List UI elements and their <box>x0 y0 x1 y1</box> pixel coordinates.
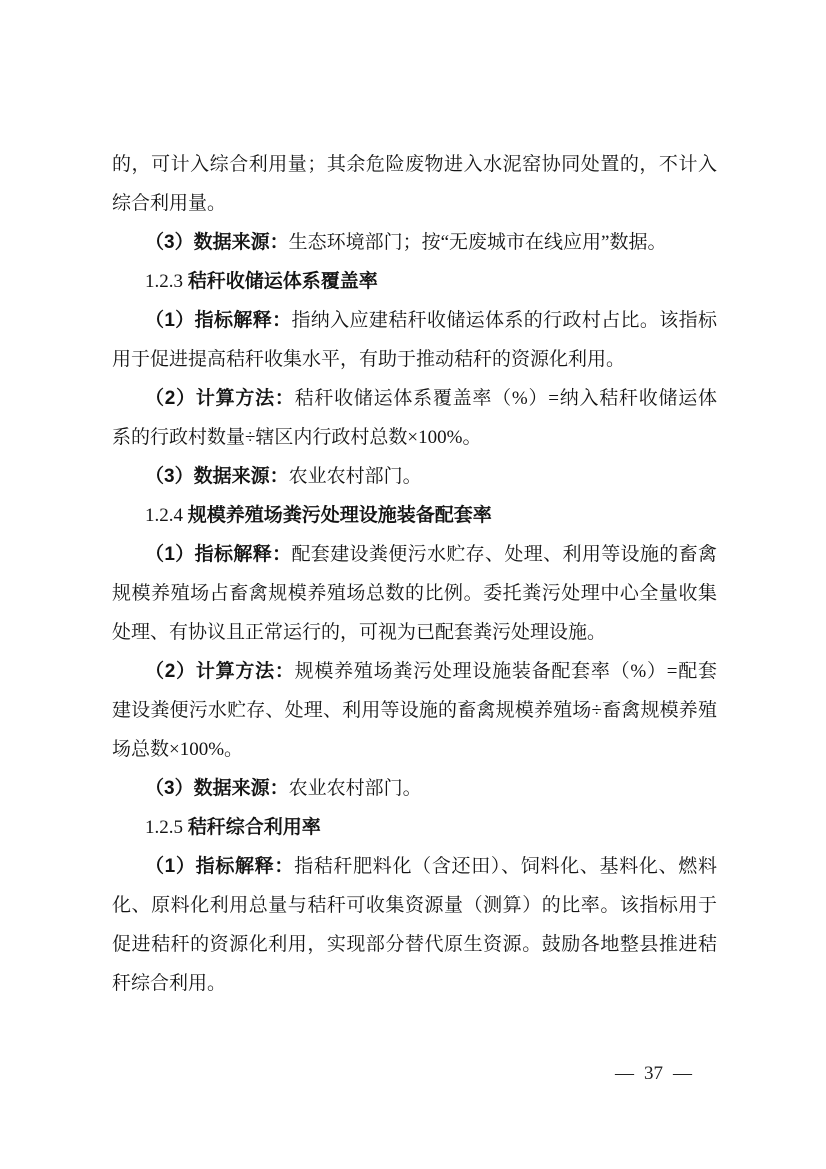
bold-text-run: （2）计算方法： <box>145 661 295 682</box>
text-run: 1.2.5 <box>145 817 188 838</box>
text-line: （3）数据来源：生态环境部门；按“无废城市在线应用”数据。 <box>112 223 717 262</box>
text-run: 农业农村部门。 <box>289 466 422 487</box>
text-run: 秸秆收储运体系覆盖率（%）=纳入秸秆收储运体 <box>295 388 717 409</box>
text-run: 秆综合利用。 <box>112 973 226 994</box>
bold-text-run: 秸秆收储运体系覆盖率 <box>188 271 378 292</box>
heading-line: 1.2.4 规模养殖场粪污处理设施装备配套率 <box>112 496 717 535</box>
bold-text-run: （3）数据来源： <box>145 232 289 253</box>
bold-text-run: （2）计算方法： <box>145 388 295 409</box>
page-number: 37 <box>644 1063 663 1084</box>
text-run: 规模养殖场粪污处理设施装备配套率（%）=配套 <box>295 661 717 682</box>
text-run: 配套建设粪便污水贮存、处理、利用等设施的畜禽 <box>291 544 717 565</box>
text-block: 的，可计入综合利用量；其余危险废物进入水泥窑协同处置的，不计入综合利用量。（3）… <box>112 145 717 1003</box>
text-line: 规模养殖场占畜禽规模养殖场总数的比例。委托粪污处理中心全量收集 <box>112 574 717 613</box>
text-line: 秆综合利用。 <box>112 964 717 1003</box>
bold-text-run: 规模养殖场粪污处理设施装备配套率 <box>188 505 492 526</box>
bold-text-run: （1）指标解释： <box>145 544 291 565</box>
text-line: （1）指标解释：指秸秆肥料化（含还田）、饲料化、基料化、燃料 <box>112 847 717 886</box>
text-run: 建设粪便污水贮存、处理、利用等设施的畜禽规模养殖场÷畜禽规模养殖 <box>112 700 717 721</box>
text-run: 指秸秆肥料化（含还田）、饲料化、基料化、燃料 <box>294 856 717 877</box>
footer-dash-left: — <box>615 1063 634 1084</box>
text-run: 化、原料化利用总量与秸秆可收集资源量（测算）的比率。该指标用于 <box>112 895 717 916</box>
page-footer: —37— <box>615 1061 692 1087</box>
bold-text-run: 秸秆综合利用率 <box>188 817 321 838</box>
text-run: 促进秸秆的资源化利用，实现部分替代原生资源。鼓励各地整县推进秸 <box>112 934 717 955</box>
text-line: 促进秸秆的资源化利用，实现部分替代原生资源。鼓励各地整县推进秸 <box>112 925 717 964</box>
text-run: 处理、有协议且正常运行的，可视为已配套粪污处理设施。 <box>112 622 606 643</box>
bold-text-run: （3）数据来源： <box>145 466 289 487</box>
text-run: 系的行政村数量÷辖区内行政村总数×100%。 <box>112 427 481 448</box>
bold-text-run: （1）指标解释： <box>145 856 294 877</box>
text-line: （2）计算方法：秸秆收储运体系覆盖率（%）=纳入秸秆收储运体 <box>112 379 717 418</box>
text-run: 指纳入应建秸秆收储运体系的行政村占比。该指标 <box>291 310 717 331</box>
text-run: 规模养殖场占畜禽规模养殖场总数的比例。委托粪污处理中心全量收集 <box>112 583 717 604</box>
text-line: 的，可计入综合利用量；其余危险废物进入水泥窑协同处置的，不计入 <box>112 145 717 184</box>
text-line: 综合利用量。 <box>112 184 717 223</box>
text-run: 生态环境部门；按“无废城市在线应用”数据。 <box>289 232 667 253</box>
text-line: 系的行政村数量÷辖区内行政村总数×100%。 <box>112 418 717 457</box>
bold-text-run: （3）数据来源： <box>145 778 289 799</box>
text-line: （1）指标解释：指纳入应建秸秆收储运体系的行政村占比。该指标 <box>112 301 717 340</box>
text-run: 场总数×100%。 <box>112 739 243 760</box>
text-line: （3）数据来源：农业农村部门。 <box>112 769 717 808</box>
text-line: （2）计算方法：规模养殖场粪污处理设施装备配套率（%）=配套 <box>112 652 717 691</box>
text-line: 场总数×100%。 <box>112 730 717 769</box>
text-line: 建设粪便污水贮存、处理、利用等设施的畜禽规模养殖场÷畜禽规模养殖 <box>112 691 717 730</box>
text-run: 1.2.3 <box>145 271 188 292</box>
footer-dash-right: — <box>673 1063 692 1084</box>
text-run: 综合利用量。 <box>112 193 226 214</box>
text-run: 农业农村部门。 <box>289 778 422 799</box>
text-run: 用于促进提高秸秆收集水平，有助于推动秸秆的资源化利用。 <box>112 349 625 370</box>
text-line: 用于促进提高秸秆收集水平，有助于推动秸秆的资源化利用。 <box>112 340 717 379</box>
heading-line: 1.2.5 秸秆综合利用率 <box>112 808 717 847</box>
text-run: 1.2.4 <box>145 505 188 526</box>
text-line: （3）数据来源：农业农村部门。 <box>112 457 717 496</box>
text-line: （1）指标解释：配套建设粪便污水贮存、处理、利用等设施的畜禽 <box>112 535 717 574</box>
document-page: 的，可计入综合利用量；其余危险废物进入水泥窑协同处置的，不计入综合利用量。（3）… <box>0 0 826 1169</box>
heading-line: 1.2.3 秸秆收储运体系覆盖率 <box>112 262 717 301</box>
bold-text-run: （1）指标解释： <box>145 310 291 331</box>
text-run: 的，可计入综合利用量；其余危险废物进入水泥窑协同处置的，不计入 <box>112 154 717 175</box>
text-line: 化、原料化利用总量与秸秆可收集资源量（测算）的比率。该指标用于 <box>112 886 717 925</box>
text-line: 处理、有协议且正常运行的，可视为已配套粪污处理设施。 <box>112 613 717 652</box>
